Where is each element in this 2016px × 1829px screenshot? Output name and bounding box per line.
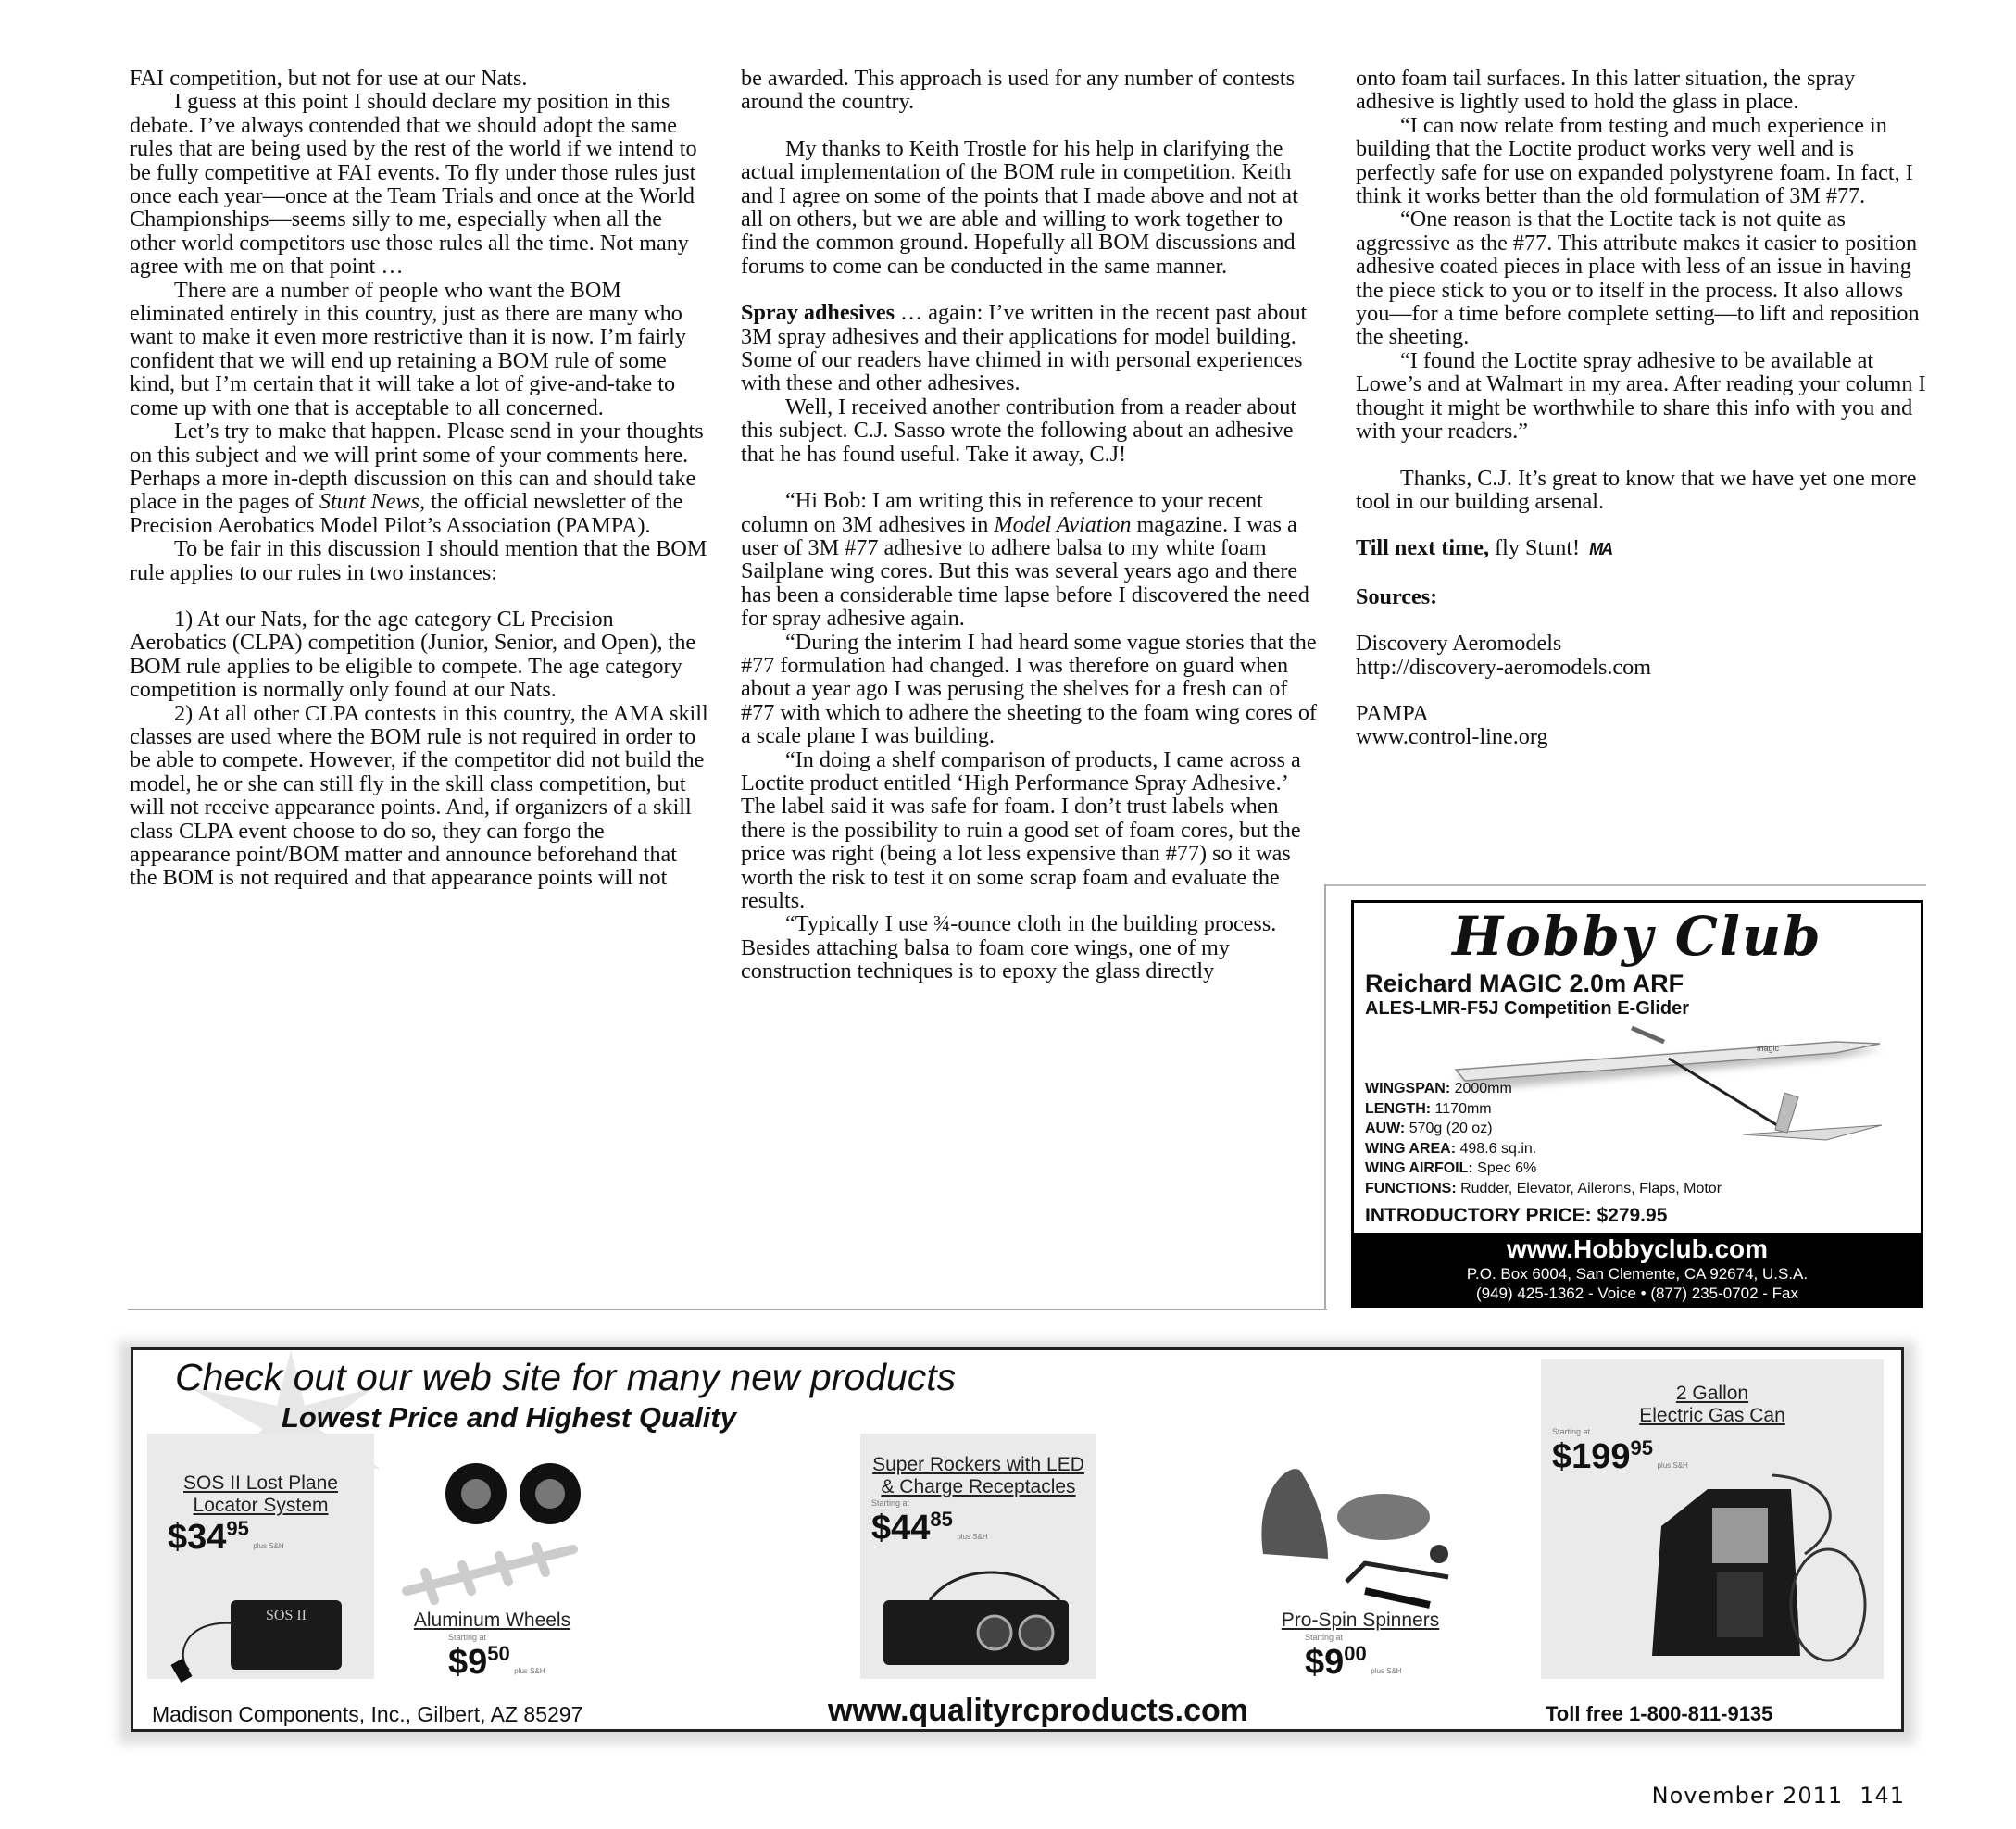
publication-title: Stunt News xyxy=(319,489,419,514)
antenna-cable-icon xyxy=(166,1619,249,1684)
product-title: SOS II Lost Plane xyxy=(147,1472,374,1495)
paragraph: There are a number of people who want th… xyxy=(130,279,708,420)
paragraph: My thanks to Keith Trostle for his help … xyxy=(741,137,1320,278)
paragraph: Well, I received another contribution fr… xyxy=(741,395,1320,466)
price: Starting at$19995 plus S&H xyxy=(1552,1427,1884,1477)
starting-at: Starting at xyxy=(1305,1633,1402,1642)
page-footer: November 2011141 xyxy=(1652,1783,1905,1809)
hobby-club-logo: Hobby Club xyxy=(1354,907,1921,966)
page-number: 141 xyxy=(1859,1783,1905,1809)
price-cents: 50 xyxy=(487,1642,509,1665)
sign-off-bold: Till next time, xyxy=(1356,535,1489,560)
price: Starting at$900 plus S&H xyxy=(1305,1633,1402,1683)
price-note: plus S&H xyxy=(514,1667,545,1675)
list-item: 1) At our Nats, for the age category CL … xyxy=(130,608,708,702)
spinner-image-icon xyxy=(1245,1452,1476,1610)
spec-label: WING AIRFOIL: xyxy=(1365,1160,1473,1176)
source-link[interactable]: http://discovery-aeromodels.com xyxy=(1356,656,1935,679)
frame-line xyxy=(128,1309,1327,1310)
ad-subheadline: Lowest Price and Highest Quality xyxy=(282,1401,736,1434)
paragraph: onto foam tail surfaces. In this latter … xyxy=(1356,67,1935,114)
section-heading: Spray adhesives xyxy=(741,300,895,325)
price: $3495 plus S&H xyxy=(168,1517,374,1558)
ad-title: Reichard MAGIC 2.0m ARF xyxy=(1365,970,1921,997)
publication-title: Model Aviation xyxy=(994,512,1131,537)
text: Sources: xyxy=(1356,584,1437,609)
ad-headline: Check out our web site for many new prod… xyxy=(175,1356,956,1398)
paragraph: “I can now relate from testing and much … xyxy=(1356,114,1935,208)
product-title: Locator System xyxy=(147,1495,374,1517)
price-cents: 85 xyxy=(930,1508,952,1531)
rocker-switch-image-icon xyxy=(874,1563,1092,1674)
price-dollars: $9 xyxy=(448,1643,487,1682)
article-column-3: onto foam tail surfaces. In this latter … xyxy=(1356,67,1935,749)
paragraph: “Hi Bob: I am writing this in reference … xyxy=(741,489,1320,630)
price-note: plus S&H xyxy=(1657,1461,1687,1470)
phone-fax: (949) 425-1362 - Voice • (877) 235-0702 … xyxy=(1354,1284,1921,1303)
introductory-price: INTRODUCTORY PRICE: $279.95 xyxy=(1365,1205,1667,1227)
price-dollars: $9 xyxy=(1305,1643,1344,1682)
spec-label: WINGSPAN: xyxy=(1365,1081,1450,1096)
issue-date: November 2011 xyxy=(1652,1783,1844,1809)
source-name: PAMPA xyxy=(1356,702,1935,725)
paragraph: “I found the Loctite spray adhesive to b… xyxy=(1356,349,1935,444)
product-electric-gas-can[interactable]: 2 Gallon Electric Gas Can Starting at$19… xyxy=(1541,1359,1884,1679)
hobbyclub-url-link[interactable]: www.Hobbyclub.com xyxy=(1354,1234,1921,1264)
mailing-address: P.O. Box 6004, San Clemente, CA 92674, U… xyxy=(1354,1264,1921,1284)
paragraph: “Typically I use ¾-ounce cloth in the bu… xyxy=(741,912,1320,983)
spec-row: WING AIRFOIL: Spec 6% xyxy=(1365,1159,1722,1179)
product-title: Pro-Spin Spinners xyxy=(1235,1610,1485,1632)
starting-at: Starting at xyxy=(1552,1427,1884,1436)
price-note: plus S&H xyxy=(253,1542,283,1550)
product-super-rockers[interactable]: Super Rockers with LED & Charge Receptac… xyxy=(860,1434,1096,1679)
spec-list: WINGSPAN: 2000mm LENGTH: 1170mm AUW: 570… xyxy=(1365,1079,1722,1198)
product-title: Aluminum Wheels xyxy=(379,1610,606,1632)
spec-row: WINGSPAN: 2000mm xyxy=(1365,1079,1722,1099)
product-aluminum-wheels[interactable]: Aluminum Wheels Starting at$950 plus S&H xyxy=(379,1434,606,1679)
price-dollars: $34 xyxy=(168,1518,226,1557)
qualityrcproducts-url-link[interactable]: www.qualityrcproducts.com xyxy=(828,1693,1248,1729)
gas-can-image-icon xyxy=(1634,1471,1874,1674)
product-title: & Charge Receptacles xyxy=(860,1476,1096,1498)
toll-free-phone: Toll free 1-800-811-9135 xyxy=(1546,1702,1772,1726)
paragraph: I guess at this point I should declare m… xyxy=(130,90,708,278)
quality-rc-products-ad: Check out our web site for many new prod… xyxy=(131,1347,1904,1732)
company-address: Madison Components, Inc., Gilbert, AZ 85… xyxy=(152,1702,582,1727)
list-item: 2) At all other CLPA contests in this co… xyxy=(130,702,708,890)
price: Starting at$4485 plus S&H xyxy=(871,1498,1096,1548)
ad-subtitle: ALES-LMR-F5J Competition E-Glider xyxy=(1365,997,1921,1020)
paragraph: be awarded. This approach is used for an… xyxy=(741,67,1320,114)
spec-value: 2000mm xyxy=(1450,1081,1512,1096)
spec-label: AUW: xyxy=(1365,1121,1405,1136)
article-column-2: be awarded. This approach is used for an… xyxy=(741,67,1320,983)
spec-label: LENGTH: xyxy=(1365,1101,1431,1117)
spec-label: WING AREA: xyxy=(1365,1141,1456,1157)
price-dollars: $199 xyxy=(1552,1437,1631,1476)
spec-row: AUW: 570g (20 oz) xyxy=(1365,1119,1722,1139)
ma-logo-icon: MA xyxy=(1589,540,1611,558)
product-title: 2 Gallon xyxy=(1541,1383,1884,1405)
spec-value: 498.6 sq.in. xyxy=(1456,1141,1536,1157)
source-link[interactable]: www.control-line.org xyxy=(1356,725,1935,748)
price-note: plus S&H xyxy=(1371,1667,1401,1675)
spec-value: Rudder, Elevator, Ailerons, Flaps, Motor xyxy=(1457,1181,1722,1196)
starting-at: Starting at xyxy=(448,1633,545,1642)
paragraph: “One reason is that the Loctite tack is … xyxy=(1356,207,1935,348)
spec-value: Spec 6% xyxy=(1473,1160,1536,1176)
paragraph: “During the interim I had heard some vag… xyxy=(741,631,1320,748)
frame-line xyxy=(1324,884,1926,886)
starting-at: Starting at xyxy=(871,1498,1096,1508)
price-cents: 00 xyxy=(1344,1642,1366,1665)
paragraph: “In doing a shelf comparison of products… xyxy=(741,748,1320,913)
spec-label: FUNCTIONS: xyxy=(1365,1181,1457,1196)
spec-value: 570g (20 oz) xyxy=(1405,1121,1492,1136)
spec-row: FUNCTIONS: Rudder, Elevator, Ailerons, F… xyxy=(1365,1179,1722,1199)
price: Starting at$950 plus S&H xyxy=(448,1633,545,1683)
spec-value: 1170mm xyxy=(1431,1101,1492,1117)
spec-row: WING AREA: 498.6 sq.in. xyxy=(1365,1139,1722,1159)
wheels-image-icon xyxy=(397,1461,592,1610)
product-title: Super Rockers with LED xyxy=(860,1454,1096,1476)
price-cents: 95 xyxy=(1631,1436,1653,1459)
price-cents: 95 xyxy=(226,1517,248,1540)
sign-off: Till next time, fly Stunt!MA xyxy=(1356,536,1935,561)
article-column-1: FAI competition, but not for use at our … xyxy=(130,67,708,890)
paragraph: Let’s try to make that happen. Please se… xyxy=(130,420,708,537)
price-note: plus S&H xyxy=(957,1533,987,1541)
sources-heading: Sources: xyxy=(1356,585,1935,608)
product-title: Electric Gas Can xyxy=(1541,1405,1884,1427)
text: fly Stunt! xyxy=(1489,535,1580,560)
price-dollars: $44 xyxy=(871,1509,930,1547)
source-name: Discovery Aeromodels xyxy=(1356,632,1935,655)
paragraph: Thanks, C.J. It’s great to know that we … xyxy=(1356,467,1935,514)
product-sos-ii[interactable]: SOS II Lost Plane Locator System $3495 p… xyxy=(147,1434,374,1679)
hobby-club-ad: Hobby Club Reichard MAGIC 2.0m ARF ALES-… xyxy=(1351,900,1923,1308)
paragraph: FAI competition, but not for use at our … xyxy=(130,67,708,90)
frame-line xyxy=(1324,884,1326,1310)
svg-text:magic: magic xyxy=(1757,1044,1780,1053)
product-pro-spin-spinners[interactable]: Pro-Spin Spinners Starting at$900 plus S… xyxy=(1235,1434,1485,1679)
spec-row: LENGTH: 1170mm xyxy=(1365,1099,1722,1120)
paragraph: Spray adhesives … again: I’ve written in… xyxy=(741,301,1320,395)
paragraph: To be fair in this discussion I should m… xyxy=(130,537,708,584)
ad-contact-bar: www.Hobbyclub.com P.O. Box 6004, San Cle… xyxy=(1354,1233,1921,1305)
